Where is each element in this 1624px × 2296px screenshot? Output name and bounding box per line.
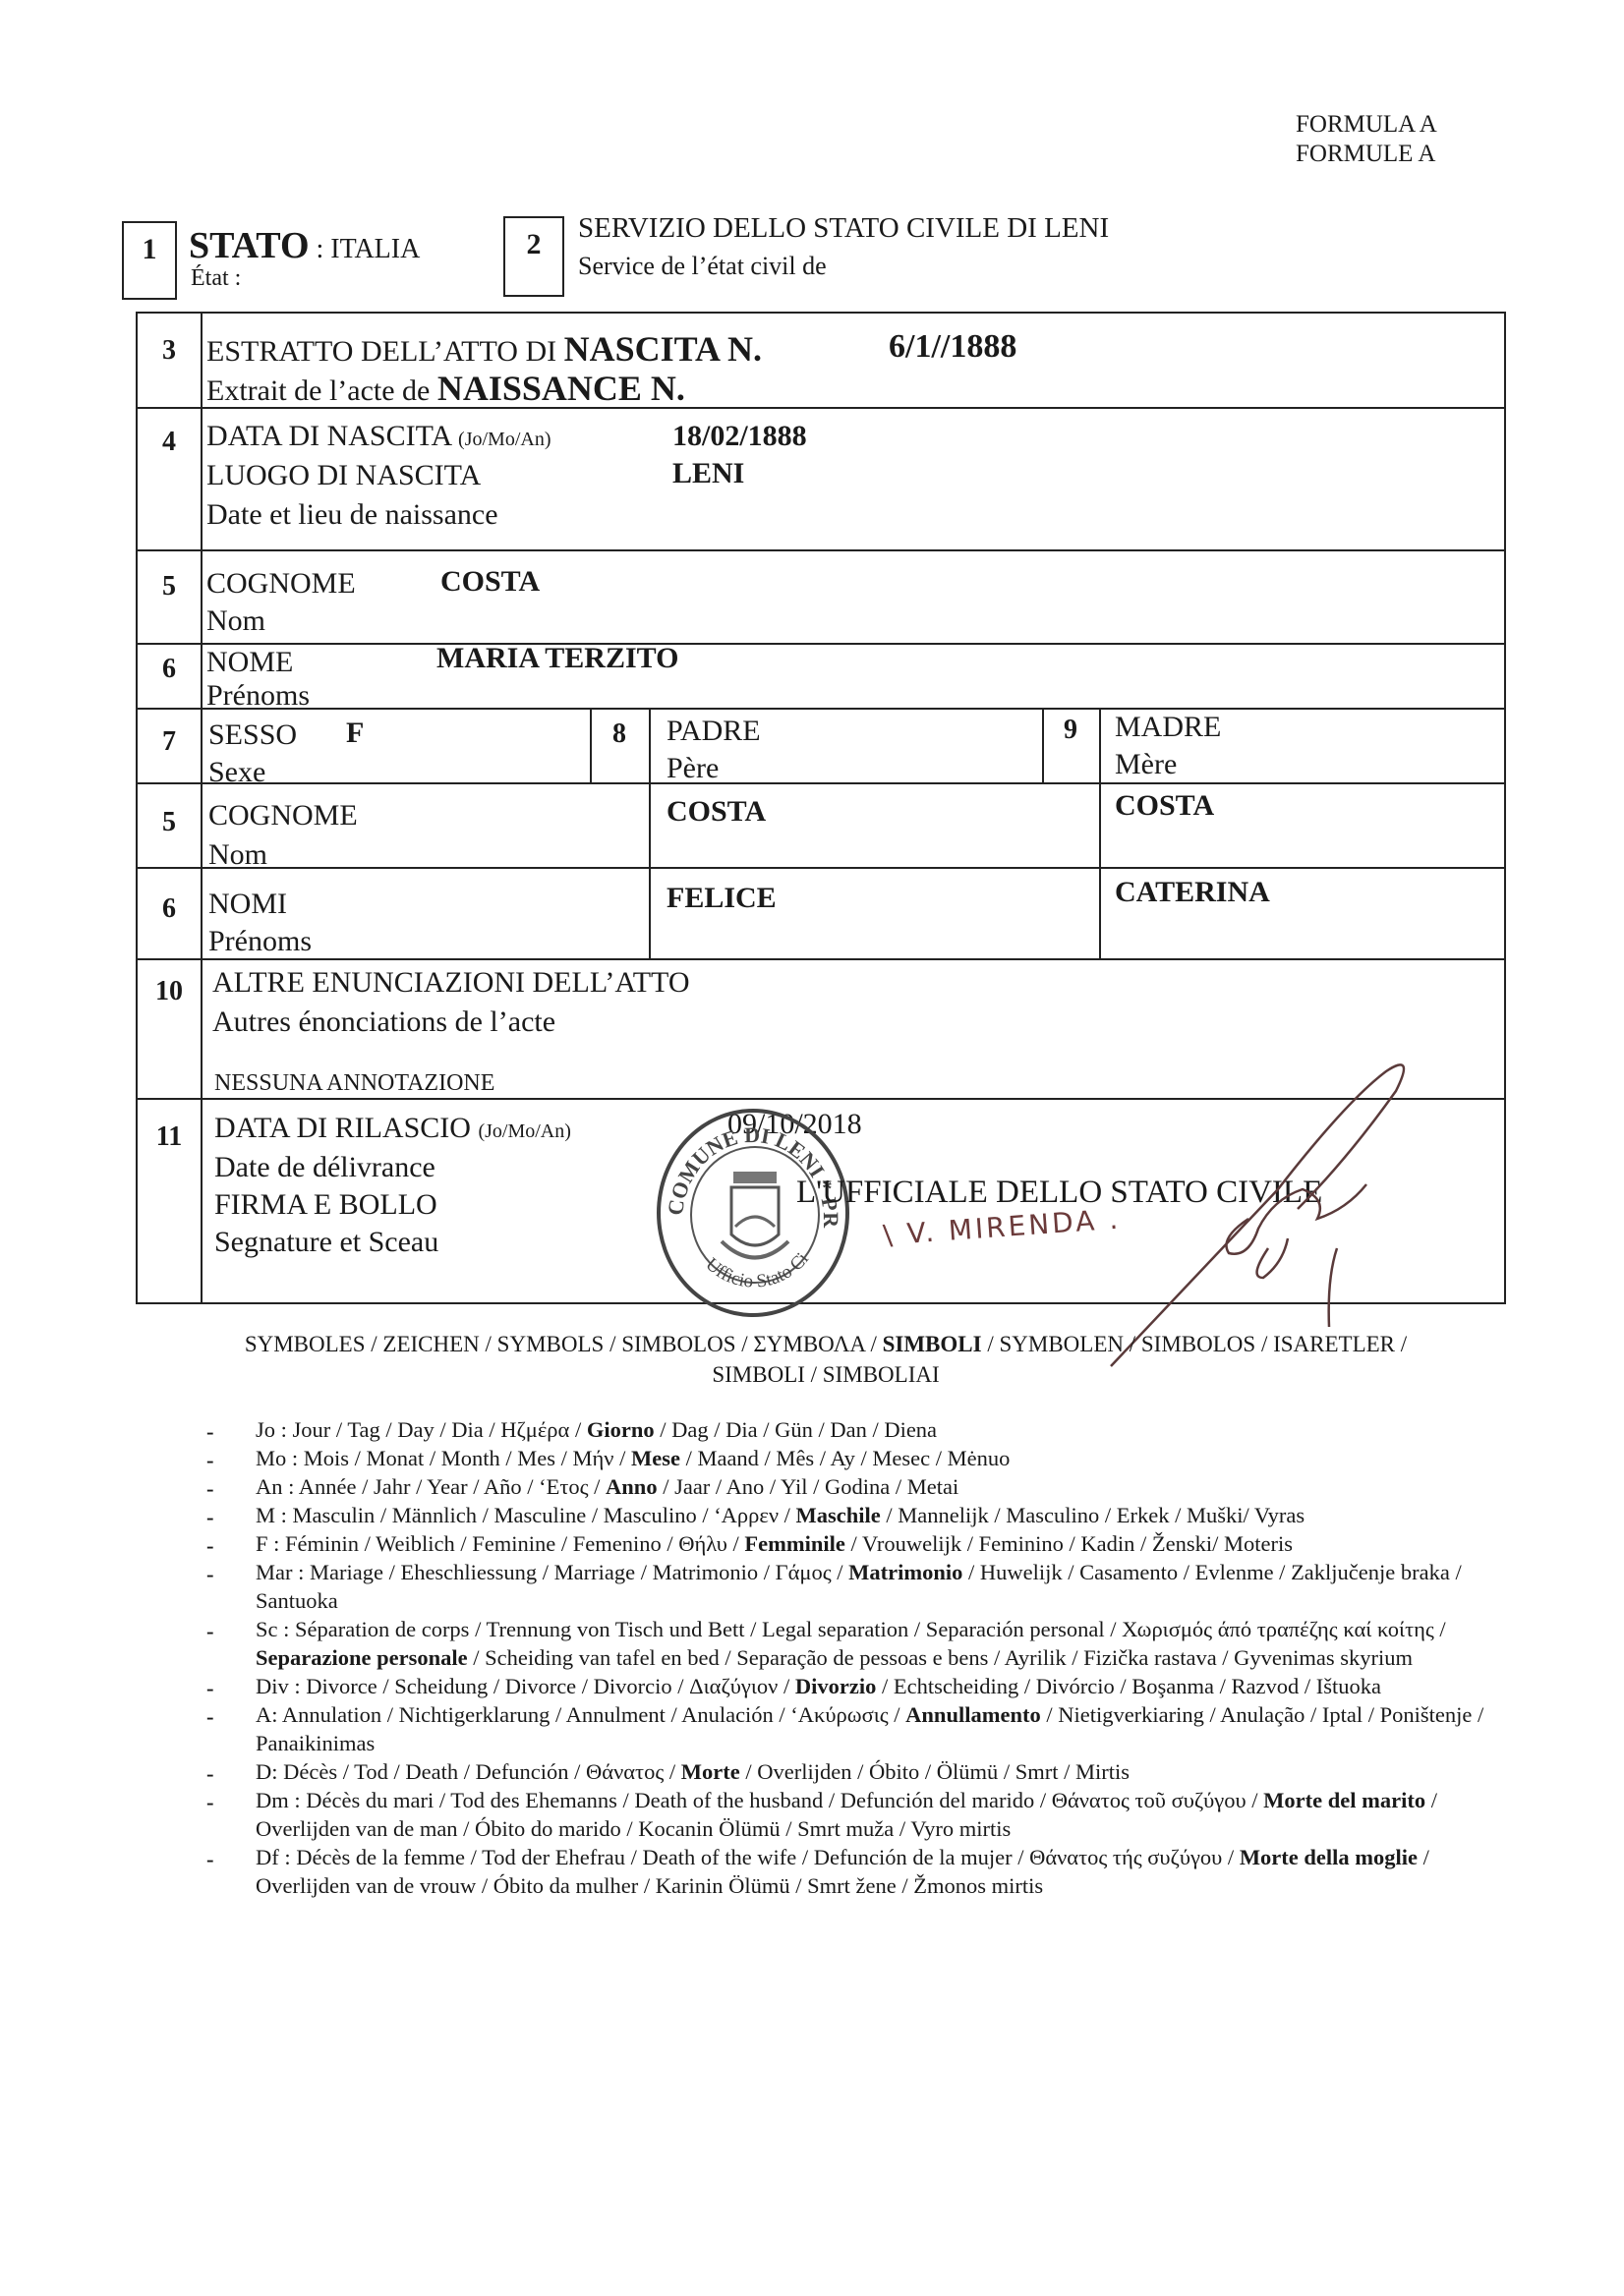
annotation-value: NESSUNA ANNOTAZIONE [214,1070,494,1097]
stato-fr-label: État : [191,265,241,292]
sex-value: F [346,717,364,750]
row-number: 4 [140,427,199,458]
birth-date-value: 18/02/1888 [672,420,807,453]
box-2-number: 2 [503,216,564,297]
surname-value: COSTA [440,565,540,599]
mother-fr-label: Mère [1115,748,1177,781]
given-name-value: MARIA TERZITO [436,642,678,675]
row-number: 9 [1041,715,1100,746]
mother-label: MADRE [1115,711,1221,744]
act-label-it: ESTRATTO DELL’ATTO DI NASCITA N. [206,328,762,370]
parents-name-label: NOMI [208,888,287,921]
father-name-value: FELICE [667,882,777,915]
formula-fr: FORMULE A [1296,140,1437,169]
svg-text:COMUNE DI LENI * PROV (ME): COMUNE DI LENI * PROV (ME) [661,1113,843,1229]
legend-item: An : Année / Jahr / Year / Año / ‘Ετος /… [206,1472,1484,1501]
father-fr-label: Père [667,752,719,785]
signature-seal-fr-label: Segnature et Sceau [214,1226,438,1259]
other-statements-fr-label: Autres énonciations de l’acte [212,1005,555,1039]
legend-item: F : Féminin / Weiblich / Feminine / Feme… [206,1529,1484,1558]
row-number: 6 [140,893,199,925]
stato-label: STATO [189,225,310,266]
row-number: 7 [140,726,199,758]
legend-item: Sc : Séparation de corps / Trennung von … [206,1615,1484,1672]
mother-name-value: CATERINA [1115,876,1270,909]
stato-field: STATO : ITALIA [189,224,420,267]
issue-date-fr-label: Date de délivrance [214,1151,435,1184]
legend-item: Jo : Jour / Tag / Day / Dia / Ηζμέρα / G… [206,1415,1484,1444]
other-statements-label: ALTRE ENUNCIAZIONI DELL’ATTO [212,966,690,1000]
signature-seal-label: FIRMA E BOLLO [214,1188,437,1222]
issue-date-label: DATA DI RILASCIO (Jo/Mo/An) [214,1112,571,1145]
legend-item: D: Décès / Tod / Death / Defunción / Θάν… [206,1757,1484,1786]
father-surname-value: COSTA [667,795,766,829]
symbols-legend-list: Jo : Jour / Tag / Day / Dia / Ηζμέρα / G… [206,1415,1484,1900]
father-label: PADRE [667,715,761,748]
parents-surname-label: COGNOME [208,799,358,832]
surname-fr-label: Nom [206,604,265,638]
act-label-fr: Extrait de l’acte de NAISSANCE N. [206,368,685,409]
birth-date-label: DATA DI NASCITA (Jo/Mo/An) [206,420,551,453]
municipal-seal-stamp: COMUNE DI LENI * PROV (ME) Ufficio Stato… [657,1109,849,1317]
legend-item: Div : Divorce / Scheidung / Divorce / Di… [206,1672,1484,1700]
row-number: 11 [140,1121,199,1153]
given-name-label: NOME [206,646,293,679]
legend-item: Mo : Mois / Monat / Month / Mes / Μήν / … [206,1444,1484,1472]
legend-item: Dm : Décès du mari / Tod des Ehemanns / … [206,1786,1484,1843]
birth-date-place-fr: Date et lieu de naissance [206,498,498,532]
legend-item: Mar : Mariage / Eheschliessung / Marriag… [206,1558,1484,1615]
formula-label: FORMULA A FORMULE A [1296,110,1437,169]
row-number: 5 [140,571,199,603]
act-number-value: 6/1//1888 [889,328,1016,366]
servizio-fr-label: Service de l’état civil de [578,252,827,281]
row-number: 10 [140,976,199,1007]
surname-label: COGNOME [206,567,356,601]
box-1-number: 1 [122,221,177,300]
row-number: 8 [590,718,649,750]
given-name-fr-label: Prénoms [206,679,310,713]
row-number: 3 [140,335,199,367]
row-number: 5 [140,807,199,838]
stato-value: : ITALIA [317,234,421,264]
sex-label: SESSO [208,718,297,752]
legend-item: M : Masculin / Männlich / Masculine / Ma… [206,1501,1484,1529]
servizio-label: SERVIZIO DELLO STATO CIVILE DI LENI [578,212,1109,245]
sex-fr-label: Sexe [208,756,265,789]
birth-place-value: LENI [672,457,744,490]
formula-it: FORMULA A [1296,110,1437,140]
mother-surname-value: COSTA [1115,789,1214,823]
row-number: 6 [140,654,199,685]
parents-surname-fr-label: Nom [208,838,267,872]
parents-name-fr-label: Prénoms [208,925,312,958]
legend-item: Df : Décès de la femme / Tod der Ehefrau… [206,1843,1484,1900]
birth-place-label: LUOGO DI NASCITA [206,459,481,492]
symbols-title: SYMBOLES / ZEICHEN / SYMBOLS / SIMBOLOS … [177,1329,1475,1390]
legend-item: A: Annulation / Nichtigerklarung / Annul… [206,1700,1484,1757]
